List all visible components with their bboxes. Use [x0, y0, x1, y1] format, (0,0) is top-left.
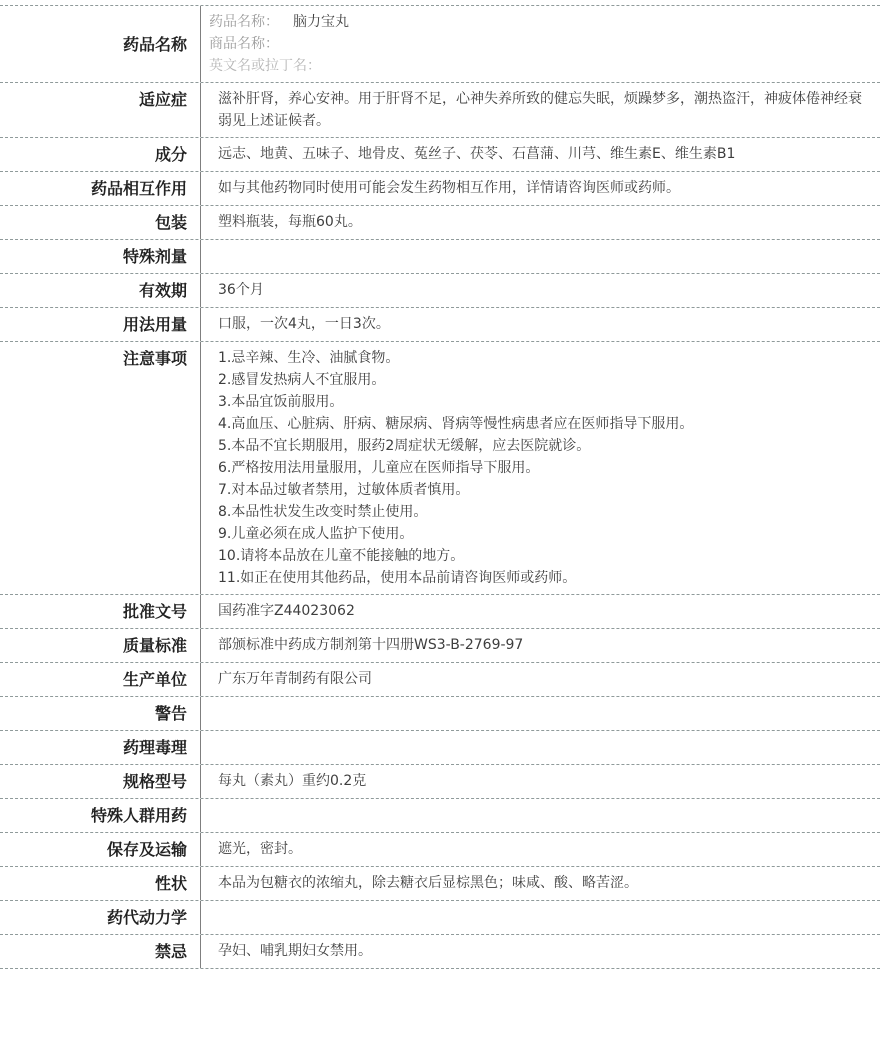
table-row: 警告	[0, 697, 880, 731]
row-content: 口服，一次4丸，一日3次。	[201, 308, 880, 341]
table-row: 特殊人群用药	[0, 799, 880, 833]
row-label: 特殊剂量	[0, 240, 201, 273]
table-row: 药品名称药品名称：脑力宝丸商品名称：英文名或拉丁名：	[0, 6, 880, 83]
row-label: 禁忌	[0, 935, 201, 968]
row-label: 警告	[0, 697, 201, 730]
note-line: 11.如正在使用其他药品，使用本品前请咨询医师或药师。	[218, 567, 868, 589]
drug-info-table: 药品名称药品名称：脑力宝丸商品名称：英文名或拉丁名：适应症滋补肝肾，养心安神。用…	[0, 5, 880, 969]
row-content	[201, 731, 880, 764]
row-label: 质量标准	[0, 629, 201, 662]
row-content: 国药准字Z44023062	[201, 595, 880, 628]
row-label: 规格型号	[0, 765, 201, 798]
table-row: 注意事项1.忌辛辣、生冷、油腻食物。2.感冒发热病人不宜服用。3.本品宜饭前服用…	[0, 342, 880, 595]
name-line: 商品名称：	[209, 33, 868, 55]
row-label: 注意事项	[0, 342, 201, 594]
row-label: 药代动力学	[0, 901, 201, 934]
row-content: 滋补肝肾，养心安神。用于肝肾不足，心神失养所致的健忘失眠，烦躁梦多，潮热盗汗，神…	[201, 83, 880, 137]
row-label: 保存及运输	[0, 833, 201, 866]
row-label: 药理毒理	[0, 731, 201, 764]
note-line: 5.本品不宜长期服用，服药2周症状无缓解，应去医院就诊。	[218, 435, 868, 457]
name-line-prefix: 药品名称：	[209, 14, 279, 30]
note-line: 6.严格按用法用量服用，儿童应在医师指导下服用。	[218, 457, 868, 479]
row-content: 每丸（素丸）重约0.2克	[201, 765, 880, 798]
row-label: 生产单位	[0, 663, 201, 696]
table-row: 适应症滋补肝肾，养心安神。用于肝肾不足，心神失养所致的健忘失眠，烦躁梦多，潮热盗…	[0, 83, 880, 138]
name-line-prefix: 英文名或拉丁名：	[209, 58, 321, 74]
row-content: 遮光，密封。	[201, 833, 880, 866]
table-row: 生产单位广东万年青制药有限公司	[0, 663, 880, 697]
row-content: 如与其他药物同时使用可能会发生药物相互作用，详情请咨询医师或药师。	[201, 172, 880, 205]
row-content: 36个月	[201, 274, 880, 307]
row-label: 特殊人群用药	[0, 799, 201, 832]
row-content: 药品名称：脑力宝丸商品名称：英文名或拉丁名：	[201, 6, 880, 82]
row-content: 塑料瓶装，每瓶60丸。	[201, 206, 880, 239]
row-content: 广东万年青制药有限公司	[201, 663, 880, 696]
name-line-prefix: 商品名称：	[209, 36, 279, 52]
row-content: 孕妇、哺乳期妇女禁用。	[201, 935, 880, 968]
row-label: 药品相互作用	[0, 172, 201, 205]
table-row: 药理毒理	[0, 731, 880, 765]
note-line: 8.本品性状发生改变时禁止使用。	[218, 501, 868, 523]
table-row: 成分远志、地黄、五味子、地骨皮、菟丝子、茯苓、石菖蒲、川芎、维生素E、维生素B1	[0, 138, 880, 172]
row-content	[201, 240, 880, 273]
row-label: 性状	[0, 867, 201, 900]
table-row: 有效期36个月	[0, 274, 880, 308]
note-line: 2.感冒发热病人不宜服用。	[218, 369, 868, 391]
table-row: 用法用量口服，一次4丸，一日3次。	[0, 308, 880, 342]
row-label: 有效期	[0, 274, 201, 307]
table-row: 包装塑料瓶装，每瓶60丸。	[0, 206, 880, 240]
note-line: 4.高血压、心脏病、肝病、糖尿病、肾病等慢性病患者应在医师指导下服用。	[218, 413, 868, 435]
table-row: 性状本品为包糖衣的浓缩丸，除去糖衣后显棕黑色；味咸、酸、略苦涩。	[0, 867, 880, 901]
row-content: 部颁标准中药成方制剂第十四册WS3-B-2769-97	[201, 629, 880, 662]
row-label: 药品名称	[0, 6, 201, 82]
name-line: 药品名称：脑力宝丸	[209, 11, 868, 33]
row-content	[201, 799, 880, 832]
table-row: 特殊剂量	[0, 240, 880, 274]
note-line: 7.对本品过敏者禁用，过敏体质者慎用。	[218, 479, 868, 501]
row-content: 本品为包糖衣的浓缩丸，除去糖衣后显棕黑色；味咸、酸、略苦涩。	[201, 867, 880, 900]
table-row: 质量标准部颁标准中药成方制剂第十四册WS3-B-2769-97	[0, 629, 880, 663]
row-content: 1.忌辛辣、生冷、油腻食物。2.感冒发热病人不宜服用。3.本品宜饭前服用。4.高…	[201, 342, 880, 594]
table-row: 保存及运输遮光，密封。	[0, 833, 880, 867]
row-content	[201, 697, 880, 730]
row-label: 批准文号	[0, 595, 201, 628]
note-line: 10.请将本品放在儿童不能接触的地方。	[218, 545, 868, 567]
row-content	[201, 901, 880, 934]
table-row: 批准文号国药准字Z44023062	[0, 595, 880, 629]
table-row: 药代动力学	[0, 901, 880, 935]
row-label: 包装	[0, 206, 201, 239]
table-row: 禁忌孕妇、哺乳期妇女禁用。	[0, 935, 880, 969]
row-content: 远志、地黄、五味子、地骨皮、菟丝子、茯苓、石菖蒲、川芎、维生素E、维生素B1	[201, 138, 880, 171]
table-row: 规格型号每丸（素丸）重约0.2克	[0, 765, 880, 799]
name-line: 英文名或拉丁名：	[209, 55, 868, 77]
row-label: 适应症	[0, 83, 201, 137]
table-row: 药品相互作用如与其他药物同时使用可能会发生药物相互作用，详情请咨询医师或药师。	[0, 172, 880, 206]
note-line: 9.儿童必须在成人监护下使用。	[218, 523, 868, 545]
row-label: 成分	[0, 138, 201, 171]
name-line-value: 脑力宝丸	[293, 14, 349, 30]
note-line: 3.本品宜饭前服用。	[218, 391, 868, 413]
note-line: 1.忌辛辣、生冷、油腻食物。	[218, 347, 868, 369]
row-label: 用法用量	[0, 308, 201, 341]
